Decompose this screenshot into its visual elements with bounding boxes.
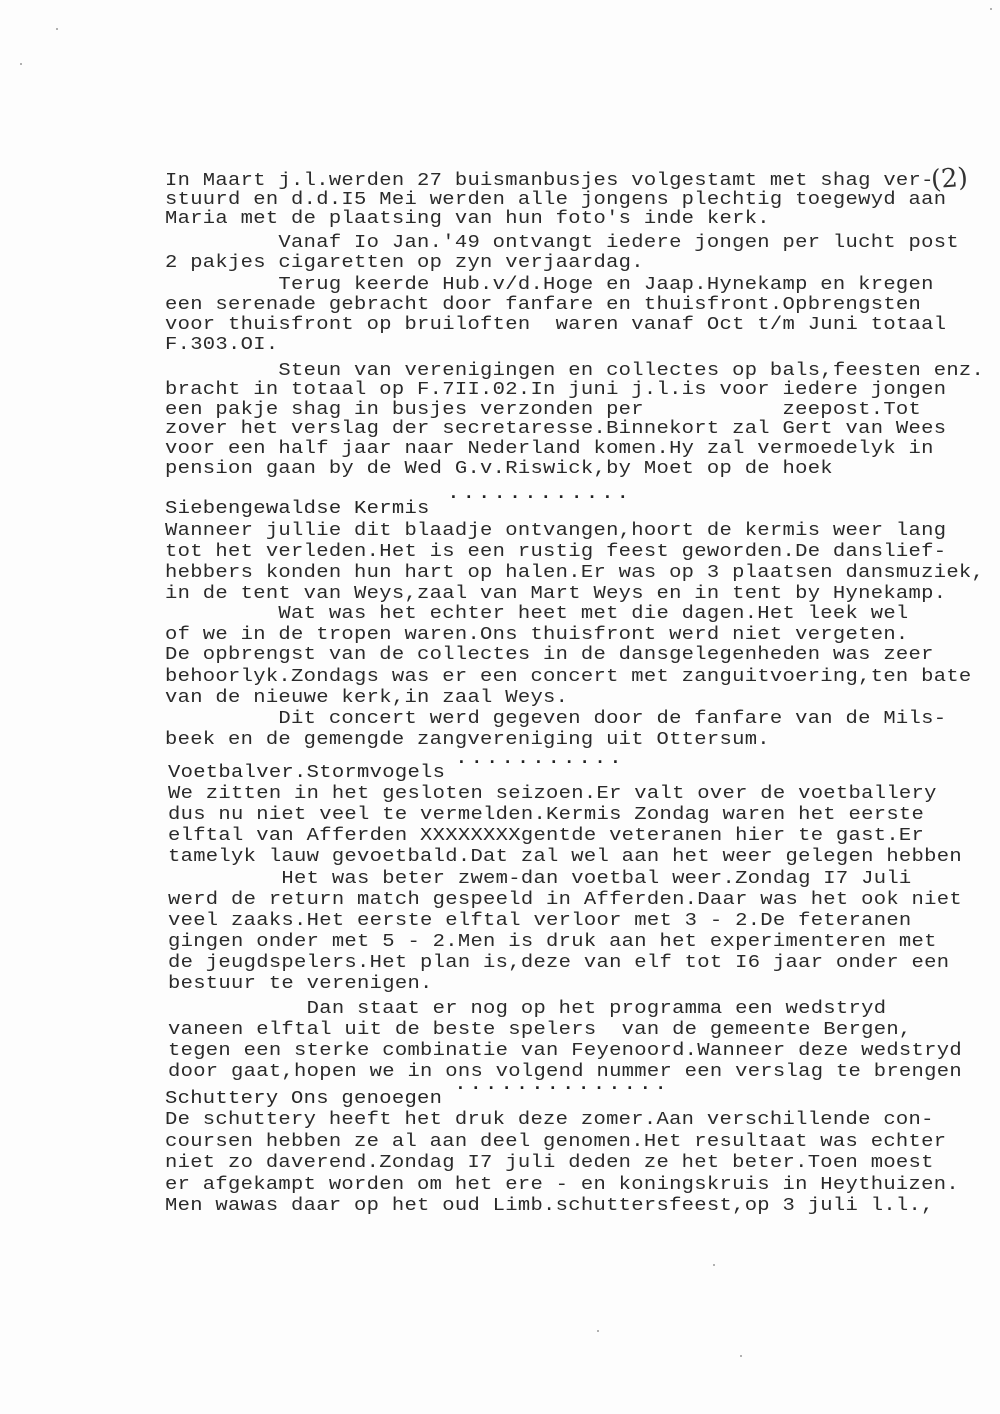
text-line: dus nu niet veel te vermelden.Kermis Zon… <box>168 806 924 824</box>
text-line: Men wawas daar op het oud Limb.schutters… <box>165 1197 934 1215</box>
text-line: pension gaan by de Wed G.v.Riswick,by Mo… <box>165 460 833 478</box>
text-line: tot het verleden.Het is een rustig feest… <box>165 543 946 561</box>
text-line: een serenade gebracht door fanfare en th… <box>165 296 921 314</box>
text-line: voor thuisfront op bruiloften waren vana… <box>165 316 946 334</box>
text-line: er afgekampt worden om het ere - en koni… <box>165 1176 959 1194</box>
section-title: Schuttery Ons genoegen <box>165 1090 442 1108</box>
section-separator: ........... <box>456 752 625 766</box>
text-line: elftal van Afferden XXXXXXXXgentde veter… <box>168 827 924 845</box>
scan-speck <box>713 1264 715 1266</box>
text-line: of we in de tropen waren.Ons thuisfront … <box>165 626 909 644</box>
text-line: hebbers konden hun hart op halen.Er was … <box>165 564 984 582</box>
text-line: tegen een sterke combinatie van Feyenoor… <box>168 1042 962 1060</box>
text-line: bestuur te verenigen. <box>168 975 433 993</box>
text-line: de jeugdspelers.Het plan is,deze van elf… <box>168 954 949 972</box>
text-line: veel zaaks.Het eerste elftal verloor met… <box>168 912 912 930</box>
text-line: Vanaf Io Jan.'49 ontvangt iedere jongen … <box>165 234 959 252</box>
text-line: vaneen elftal uit de beste spelers van d… <box>168 1021 912 1039</box>
text-line: Wanneer jullie dit blaadje ontvangen,hoo… <box>165 522 946 540</box>
text-line: coursen hebben ze al aan deel genomen.He… <box>165 1133 946 1151</box>
text-line: niet zo daverend.Zondag I7 juli deden ze… <box>165 1154 934 1172</box>
section-separator: ............ <box>448 487 633 501</box>
text-line: In Maart j.l.werden 27 buismanbusjes vol… <box>165 172 934 190</box>
text-line: behoorlyk.Zondags was er een concert met… <box>165 668 972 686</box>
text-line: beek en de gemengde zangvereniging uit O… <box>165 731 770 749</box>
section-separator: .............. <box>455 1078 671 1092</box>
text-line: Dit concert werd gegeven door de fanfare… <box>165 710 946 728</box>
text-line: Maria met de plaatsing van hun foto's in… <box>165 210 770 228</box>
section-title: Voetbalver.Stormvogels <box>168 764 445 782</box>
text-line: F.303.OI. <box>165 336 278 354</box>
text-line: voor een half jaar naar Nederland komen.… <box>165 440 934 458</box>
section-title: Siebengewaldse Kermis <box>165 500 430 518</box>
text-line: We zitten in het gesloten seizoen.Er val… <box>168 785 937 803</box>
scan-speck <box>740 1355 742 1357</box>
scan-speck <box>56 28 58 30</box>
text-line: zover het verslag der secretaresse.Binne… <box>165 420 946 438</box>
text-line: 2 pakjes cigaretten op zyn verjaardag. <box>165 254 644 272</box>
text-line: stuurd en d.d.I5 Mei werden alle jongens… <box>165 191 946 209</box>
text-line: Het was beter zwem-dan voetbal weer.Zond… <box>168 870 912 888</box>
text-line: De opbrengst van de collectes in de dans… <box>165 646 934 664</box>
text-line: tamelyk lauw gevoetbald.Dat zal wel aan … <box>168 848 962 866</box>
scan-speck <box>20 63 22 65</box>
text-line: Dan staat er nog op het programma een we… <box>168 1000 886 1018</box>
text-line: De schuttery heeft het druk deze zomer.A… <box>165 1111 934 1129</box>
text-line: in de tent van Weys,zaal van Mart Weys e… <box>165 585 946 603</box>
text-line: bracht in totaal op F.7II.02.In juni j.l… <box>165 381 946 399</box>
text-line: Steun van verenigingen en collectes op b… <box>165 362 984 380</box>
text-line: van de nieuwe kerk,in zaal Weys. <box>165 689 568 707</box>
typewritten-page: (2) In Maart j.l.werden 27 buismanbusjes… <box>0 0 1000 1414</box>
text-line: Wat was het echter heet met die dagen.He… <box>165 605 909 623</box>
text-line: een pakje shag in busjes verzonden per z… <box>165 401 921 419</box>
text-line: werd de return match gespeeld in Afferde… <box>168 891 962 909</box>
scan-speck <box>597 1330 599 1332</box>
text-line: Terug keerde Hub.v/d.Hoge en Jaap.Hyneka… <box>165 276 934 294</box>
scan-speck <box>990 8 992 10</box>
text-line: gingen onder met 5 - 2.Men is druk aan h… <box>168 933 937 951</box>
